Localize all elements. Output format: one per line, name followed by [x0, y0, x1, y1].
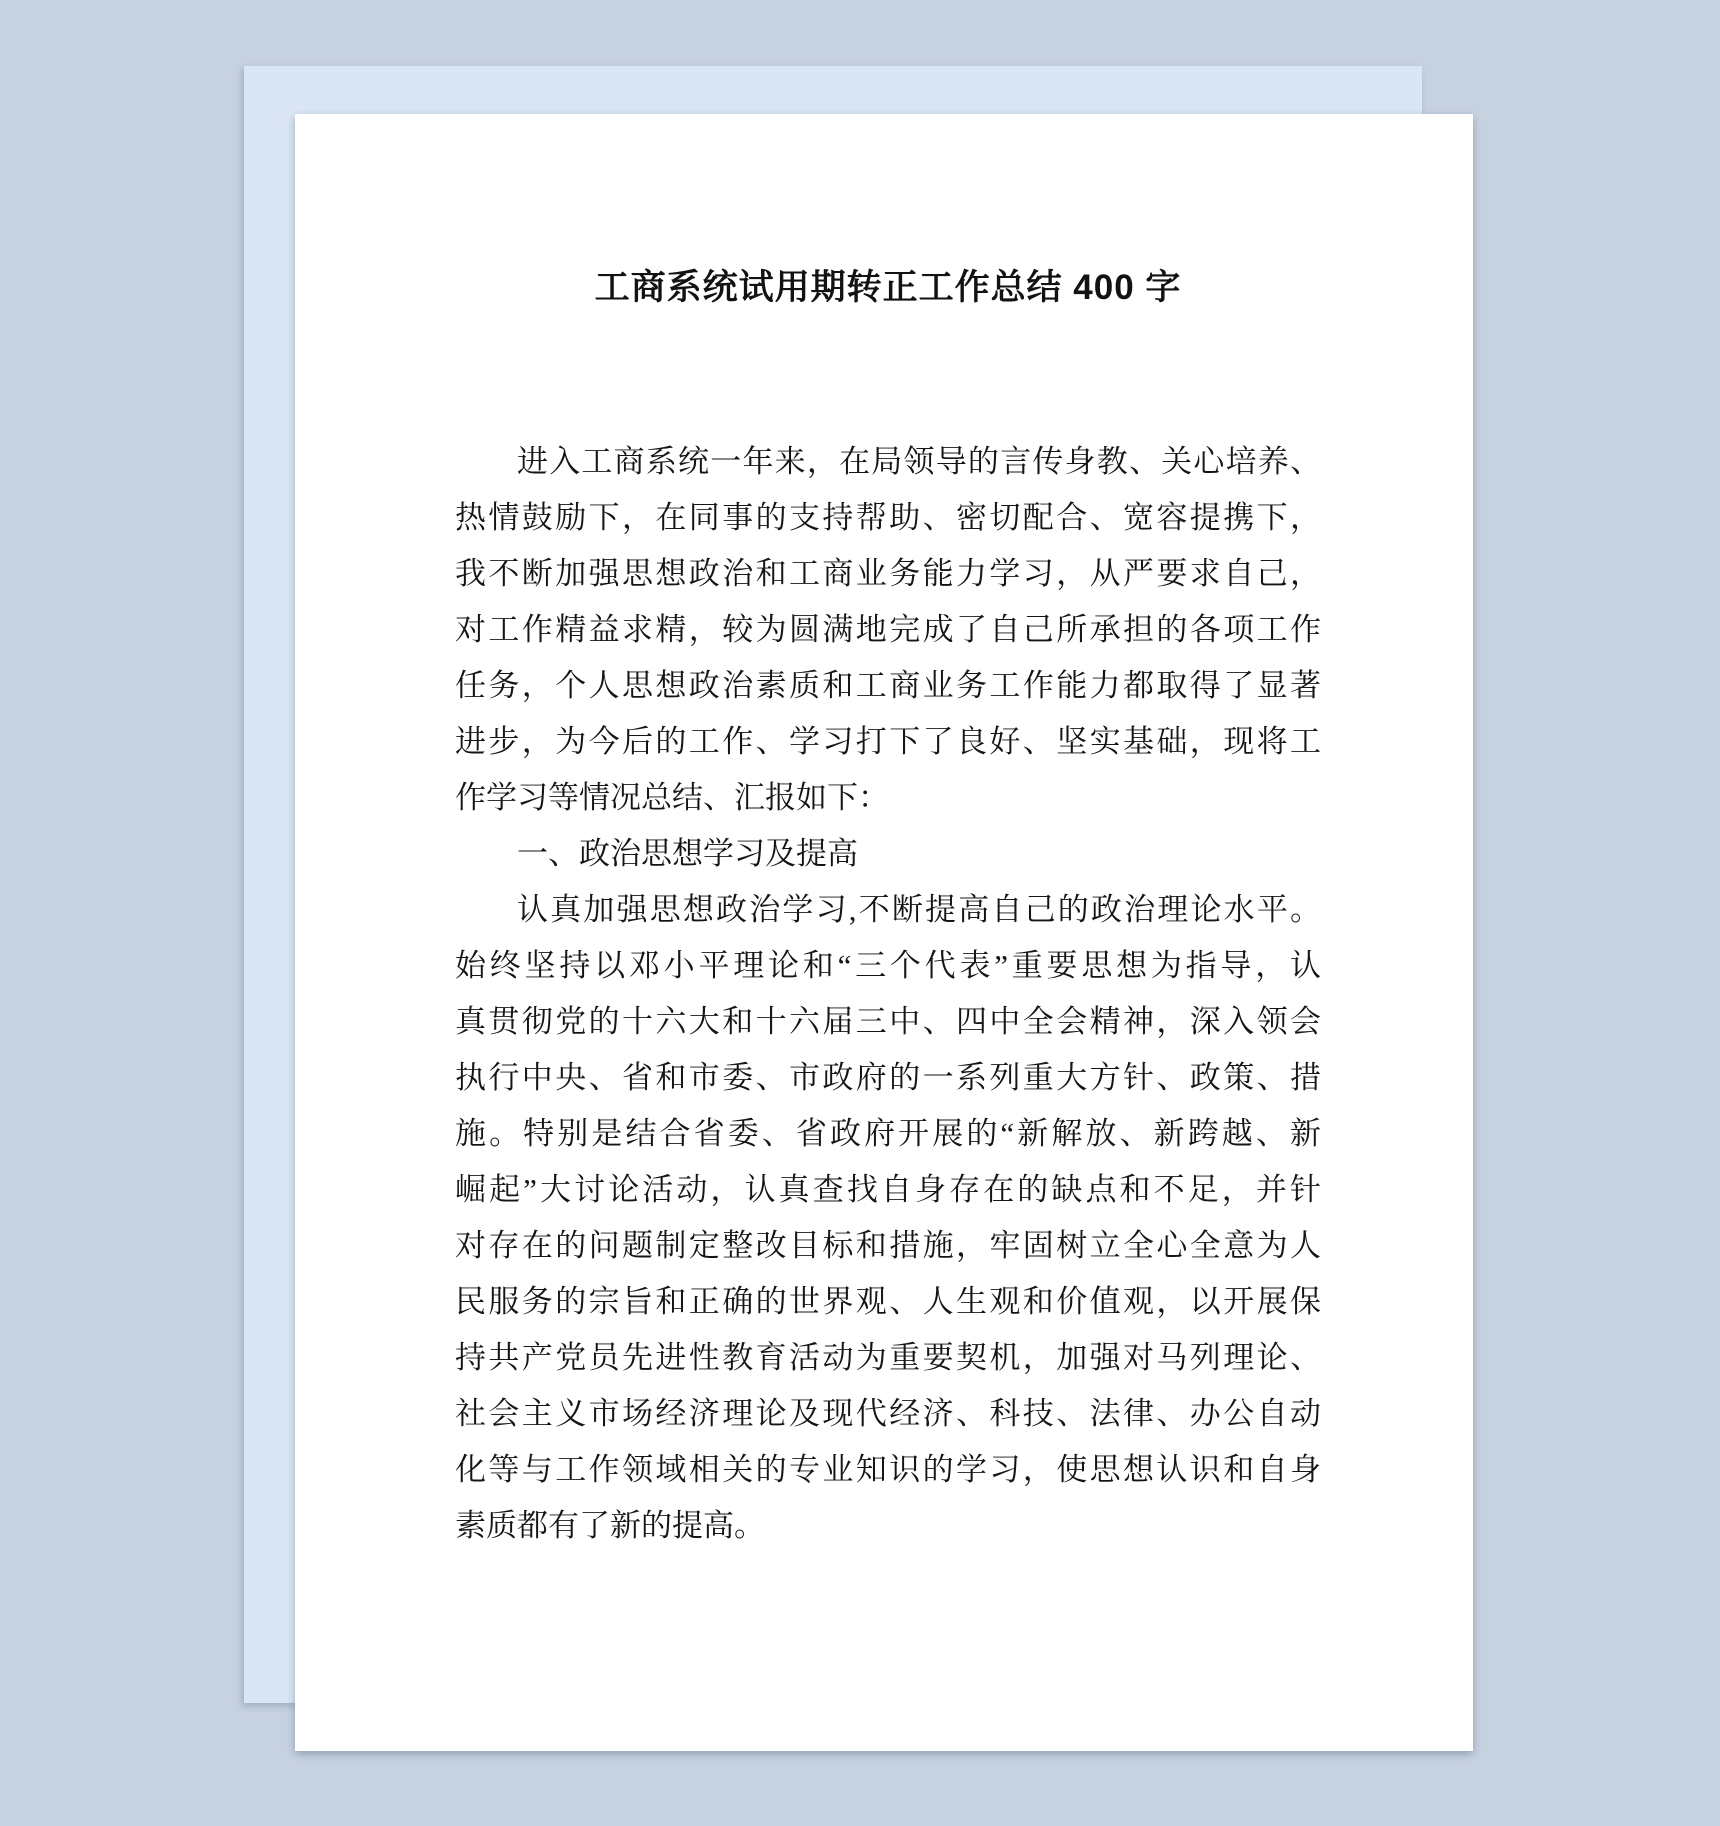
document-preview-canvas: 工商系统试用期转正工作总结 400 字 进入工商系统一年来，在局领导的言传身教、… — [0, 0, 1720, 1826]
text-line: 我不断加强思想政治和工商业务能力学习，从严要求自己， — [455, 546, 1321, 602]
text-line: 执行中央、省和市委、市政府的一系列重大方针、政策、措 — [455, 1050, 1321, 1106]
text-line: 始终坚持以邓小平理论和“三个代表”重要思想为指导，认 — [455, 938, 1321, 994]
front-page: 工商系统试用期转正工作总结 400 字 进入工商系统一年来，在局领导的言传身教、… — [295, 114, 1473, 1751]
text-line: 作学习等情况总结、汇报如下： — [455, 770, 1321, 826]
text-line: 进步，为今后的工作、学习打下了良好、坚实基础，现将工 — [455, 714, 1321, 770]
text-line: 热情鼓励下，在同事的支持帮助、密切配合、宽容提携下， — [455, 490, 1321, 546]
text-line: 施。特别是结合省委、省政府开展的“新解放、新跨越、新 — [455, 1106, 1321, 1162]
text-line: 对工作精益求精，较为圆满地完成了自己所承担的各项工作 — [455, 602, 1321, 658]
text-line: 任务，个人思想政治素质和工商业务工作能力都取得了显著 — [455, 658, 1321, 714]
text-line: 化等与工作领域相关的专业知识的学习，使思想认识和自身 — [455, 1442, 1321, 1498]
document-body: 进入工商系统一年来，在局领导的言传身教、关心培养、 热情鼓励下，在同事的支持帮助… — [455, 434, 1321, 1554]
text-line: 社会主义市场经济理论及现代经济、科技、法律、办公自动 — [455, 1386, 1321, 1442]
text-line: 认真加强思想政治学习,不断提高自己的政治理论水平。 — [455, 882, 1321, 938]
section-heading: 一、政治思想学习及提高 — [455, 826, 1321, 882]
text-line: 对存在的问题制定整改目标和措施，牢固树立全心全意为人 — [455, 1218, 1321, 1274]
document-title: 工商系统试用期转正工作总结 400 字 — [455, 263, 1321, 312]
text-line: 崛起”大讨论活动，认真查找自身存在的缺点和不足，并针 — [455, 1162, 1321, 1218]
text-line: 素质都有了新的提高。 — [455, 1498, 1321, 1554]
text-line: 持共产党员先进性教育活动为重要契机，加强对马列理论、 — [455, 1330, 1321, 1386]
text-line: 民服务的宗旨和正确的世界观、人生观和价值观，以开展保 — [455, 1274, 1321, 1330]
text-line: 真贯彻党的十六大和十六届三中、四中全会精神，深入领会 — [455, 994, 1321, 1050]
text-line: 进入工商系统一年来，在局领导的言传身教、关心培养、 — [455, 434, 1321, 490]
